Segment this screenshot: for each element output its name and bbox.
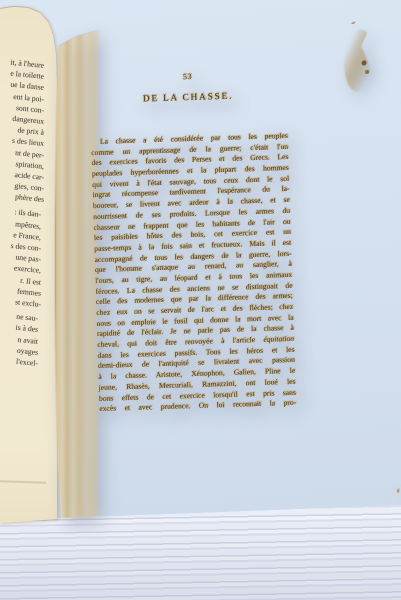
edge-specks: [0, 0, 2, 2]
page-number: 53: [89, 69, 286, 85]
right-page-wrap: 53 DE LA CHASSE. La chasse a été considé…: [0, 0, 401, 600]
page-corner-fold: [344, 30, 374, 92]
book-photograph: it, à l'heuree la toiletteue la danseent…: [0, 0, 401, 600]
right-page: 53 DE LA CHASSE. La chasse a été considé…: [0, 0, 401, 600]
chapter-heading: DE LA CHASSE.: [89, 90, 286, 107]
printed-text-block: 53 DE LA CHASSE. La chasse a été considé…: [89, 69, 297, 415]
body-text: La chasse a été considérée par tous les …: [91, 131, 297, 415]
